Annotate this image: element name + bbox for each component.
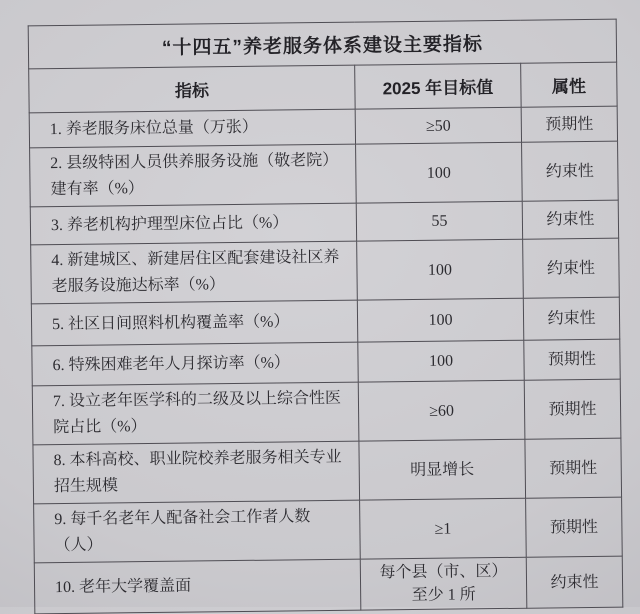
indicator-cell: 3. 养老机构护理型床位占比（%） <box>30 203 356 245</box>
table-row: 9. 每千名老年人配备社会工作者人数（人） ≥1 预期性 <box>34 497 623 563</box>
indicator-cell: 9. 每千名老年人配备社会工作者人数（人） <box>34 500 361 563</box>
target-cell: ≥60 <box>358 380 525 441</box>
document-photo: “十四五”养老服务体系建设主要指标 指标 2025 年目标值 属性 1. 养老服… <box>28 19 623 607</box>
table-header-row: 指标 2025 年目标值 属性 <box>29 62 617 113</box>
attribute-cell: 预期性 <box>524 379 621 439</box>
column-header-indicator: 指标 <box>29 65 355 113</box>
attribute-cell: 约束性 <box>523 297 619 340</box>
target-cell: 55 <box>356 201 522 241</box>
indicator-cell: 7. 设立老年医学科的二级及以上综合性医院占比（%） <box>32 382 359 445</box>
attribute-cell: 预期性 <box>524 339 620 380</box>
table-row: 6. 特殊困难老年人月探访率（%） 100 预期性 <box>32 339 620 386</box>
indicator-cell: 4. 新建城区、新建居住区配套建设社区养老服务设施达标率（%） <box>31 241 358 304</box>
target-cell: 每个县（市、区） 至少 1 所 <box>360 557 527 607</box>
indicator-cell: 8. 本科高校、职业院校养老服务相关专业招生规模 <box>33 441 360 504</box>
indicator-cell: 5. 社区日间照料机构覆盖率（%） <box>31 300 357 346</box>
table-row: 8. 本科高校、职业院校养老服务相关专业招生规模 明显增长 预期性 <box>33 438 622 504</box>
target-cell: 100 <box>357 239 524 300</box>
indicator-cell: 6. 特殊困难老年人月探访率（%） <box>32 342 358 386</box>
attribute-cell: 约束性 <box>523 238 620 298</box>
table-row: 7. 设立老年医学科的二级及以上综合性医院占比（%） ≥60 预期性 <box>32 379 621 445</box>
table-row: 2. 县级特困人员供养服务设施（敬老院）建有率（%） 100 约束性 <box>30 141 619 207</box>
target-cell: 明显增长 <box>359 439 526 500</box>
indicators-table: “十四五”养老服务体系建设主要指标 指标 2025 年目标值 属性 1. 养老服… <box>28 19 624 607</box>
target-cell: ≥50 <box>355 107 521 144</box>
column-header-attribute: 属性 <box>521 62 618 107</box>
column-header-target: 2025 年目标值 <box>355 63 521 109</box>
table-row: 4. 新建城区、新建居住区配套建设社区养老服务设施达标率（%） 100 约束性 <box>31 238 620 304</box>
table-row: 3. 养老机构护理型床位占比（%） 55 约束性 <box>30 200 618 245</box>
attribute-cell: 约束性 <box>522 141 619 201</box>
attribute-cell: 预期性 <box>525 438 622 498</box>
page-title: “十四五”养老服务体系建设主要指标 <box>28 19 616 69</box>
table-row: 10. 老年大学覆盖面 每个县（市、区） 至少 1 所 约束性 <box>34 556 623 607</box>
target-cell: 100 <box>358 340 524 382</box>
target-cell: 100 <box>356 142 523 203</box>
target-cell: ≥1 <box>360 498 527 559</box>
indicator-cell: 1. 养老服务床位总量（万张） <box>29 109 355 148</box>
attribute-cell: 约束性 <box>522 200 618 239</box>
attribute-cell: 预期性 <box>521 106 617 142</box>
table-title-row: “十四五”养老服务体系建设主要指标 <box>28 19 616 69</box>
attribute-cell: 预期性 <box>526 497 623 557</box>
table-row: 5. 社区日间照料机构覆盖率（%） 100 约束性 <box>31 297 619 346</box>
attribute-cell: 约束性 <box>526 556 623 607</box>
indicator-cell: 2. 县级特困人员供养服务设施（敬老院）建有率（%） <box>30 144 357 207</box>
indicator-cell: 10. 老年大学覆盖面 <box>34 559 361 607</box>
target-cell: 100 <box>357 298 523 342</box>
